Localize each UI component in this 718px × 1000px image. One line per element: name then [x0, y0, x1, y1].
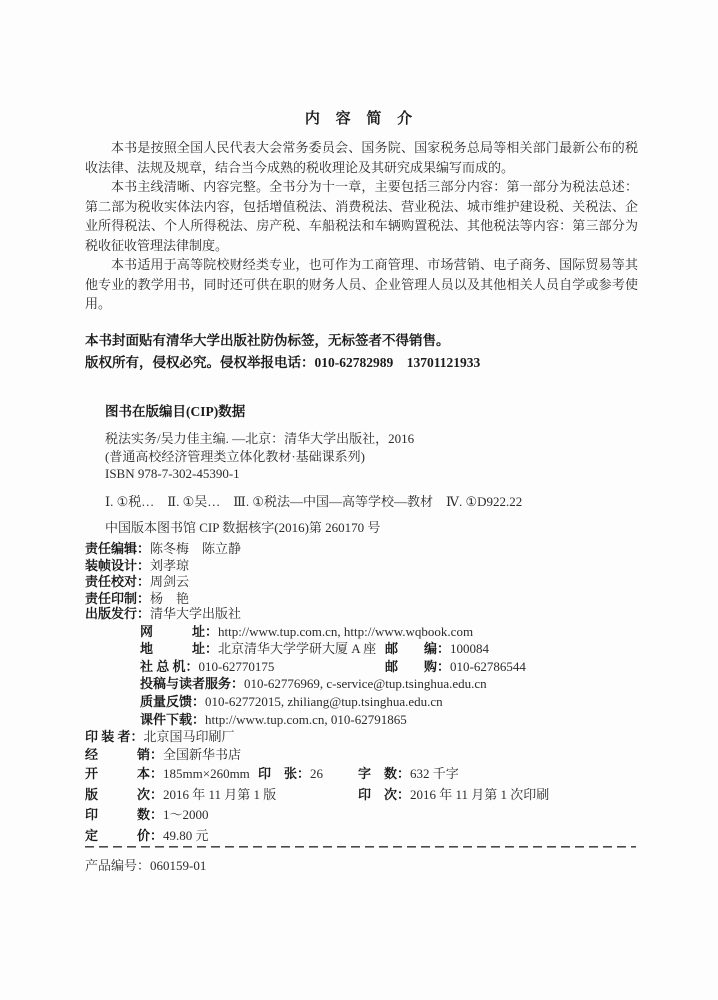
publisher-section: 出版发行：清华大学出版社 网 址：http://www.tup.com.cn, … [85, 605, 638, 763]
cip-classification-line: Ⅰ. ①税… Ⅱ. ①吴… Ⅲ. ①税法—中国—高等学校—教材 Ⅳ. ①D922… [105, 491, 638, 510]
intro-paragraph-1: 本书是按照全国人民代表大会常务委员会、国务院、国家税务总局等相关部门最新公布的税… [85, 138, 638, 177]
staff-section: 责任编辑：陈冬梅 陈立静 装帧设计：刘孝琼 责任校对：周剑云 责任印制：杨 艳 [85, 541, 638, 607]
staff-value: 周剑云 [150, 574, 189, 589]
product-number-row: 产品编号：060159-01 [85, 855, 638, 874]
staff-row-editor: 责任编辑：陈冬梅 陈立静 [85, 541, 638, 558]
intro-body: 本书是按照全国人民代表大会常务委员会、国务院、国家税务总局等相关部门最新公布的税… [85, 138, 638, 314]
price-value: 49.80 元 [163, 828, 209, 843]
cip-isbn-line: ISBN 978-7-302-45390-1 [105, 465, 638, 483]
product-number-value: 060159-01 [150, 858, 206, 873]
intro-title: 内 容 简 介 [85, 107, 638, 128]
staff-label: 责任编辑： [85, 541, 150, 556]
mail-order-group: 邮 购：010-62786544 [385, 658, 526, 676]
cip-title-line: 税法实务/吴力佳主编. —北京：清华大学出版社，2016 [105, 430, 638, 448]
website-row: 网 址：http://www.tup.com.cn, http://www.wq… [85, 623, 638, 641]
reader-service-label: 投稿与读者服务： [140, 676, 244, 691]
word-count-value: 632 千字 [410, 766, 459, 781]
mail-order-label: 邮 购： [385, 659, 450, 674]
print-run-value: 1～2000 [163, 807, 209, 822]
intro-paragraph-3: 本书适用于高等院校财经类专业，也可作为工商管理、市场营销、电子商务、国际贸易等其… [85, 255, 638, 314]
zip-label: 邮 编： [385, 641, 450, 656]
courseware-label: 课件下载： [140, 712, 205, 727]
reader-service-row: 投稿与读者服务：010-62776969, c-service@tup.tsin… [85, 675, 638, 693]
address-row: 地 址：北京清华大学学研大厦 A 座 邮 编：100084 [85, 640, 638, 658]
cip-block: 税法实务/吴力佳主编. —北京：清华大学出版社，2016 (普通高校经济管理类立… [105, 430, 638, 483]
mail-order-value: 010-62786544 [450, 659, 526, 674]
staff-label: 装帧设计： [85, 558, 150, 573]
impression-label: 印 次： [358, 787, 410, 802]
staff-value: 杨 艳 [150, 591, 189, 606]
word-count-label: 字 数： [358, 766, 410, 781]
product-number-section: 产品编号：060159-01 [85, 855, 638, 874]
publisher-label: 出版发行： [85, 606, 150, 621]
quality-feedback-value: 010-62772015, zhiliang@tup.tsinghua.edu.… [205, 694, 443, 709]
publisher-value: 清华大学出版社 [150, 606, 241, 621]
product-number-label: 产品编号： [85, 858, 150, 873]
impression-group: 印 次：2016 年 11 月第 1 次印刷 [358, 785, 549, 806]
printer-row: 印 装 者：北京国马印刷厂 [85, 728, 638, 746]
format-row: 开 本：185mm×260mm 印 张：26 字 数：632 千字 [85, 764, 638, 785]
format-value: 185mm×260mm [163, 766, 250, 781]
reader-service-value: 010-62776969, c-service@tup.tsinghua.edu… [244, 676, 487, 691]
switchboard-row: 社 总 机：010-62770175 邮 购：010-62786544 [85, 658, 638, 676]
format-label: 开 本： [85, 766, 163, 781]
book-copyright-page: 内 容 简 介 本书是按照全国人民代表大会常务委员会、国务院、国家税务总局等相关… [0, 0, 718, 1000]
zip-group: 邮 编：100084 [385, 640, 489, 658]
publisher-row: 出版发行：清华大学出版社 [85, 605, 638, 623]
sheets-value: 26 [310, 766, 323, 781]
edition-value: 2016 年 11 月第 1 版 [163, 787, 276, 802]
print-run-label: 印 数： [85, 807, 163, 822]
copyright-hotline-line: 版权所有，侵权必究。侵权举报电话：010-62782989 1370112193… [85, 352, 638, 374]
printer-label: 印 装 者： [85, 729, 144, 744]
edition-row: 版 次：2016 年 11 月第 1 版 印 次：2016 年 11 月第 1 … [85, 785, 638, 806]
anti-counterfeit-line: 本书封面贴有清华大学出版社防伪标签，无标签者不得销售。 [85, 330, 638, 352]
staff-value: 陈冬梅 陈立静 [150, 541, 241, 556]
edition-label: 版 次： [85, 787, 163, 802]
printing-section: 开 本：185mm×260mm 印 张：26 字 数：632 千字 版 次：20… [85, 764, 638, 846]
website-label: 网 址： [140, 624, 218, 639]
staff-label: 责任印制： [85, 591, 150, 606]
courseware-row: 课件下载：http://www.tup.com.cn, 010-62791865 [85, 711, 638, 729]
price-row: 定 价：49.80 元 [85, 826, 638, 847]
quality-feedback-row: 质量反馈：010-62772015, zhiliang@tup.tsinghua… [85, 693, 638, 711]
courseware-value: http://www.tup.com.cn, 010-62791865 [205, 712, 407, 727]
cip-series-line: (普通高校经济管理类立体化教材·基础课系列) [105, 448, 638, 466]
price-label: 定 价： [85, 828, 163, 843]
print-run-row: 印 数：1～2000 [85, 805, 638, 826]
switchboard-value: 010-62770175 [199, 659, 275, 674]
address-value: 北京清华大学学研大厦 A 座 [218, 641, 376, 656]
word-count-group: 字 数：632 千字 [358, 764, 459, 785]
distributor-row: 经 销：全国新华书店 [85, 746, 638, 764]
dashed-divider [85, 846, 636, 848]
staff-label: 责任校对： [85, 574, 150, 589]
switchboard-label: 社 总 机： [140, 659, 199, 674]
staff-row-designer: 装帧设计：刘孝琼 [85, 558, 638, 575]
intro-paragraph-2: 本书主线清晰、内容完整。全书分为十一章，主要包括三部分内容：第一部分为税法总述：… [85, 177, 638, 255]
sheets-group: 印 张：26 [258, 764, 323, 785]
sheets-label: 印 张： [258, 766, 310, 781]
cip-heading: 图书在版编目(CIP)数据 [105, 400, 638, 420]
staff-row-proofreader: 责任校对：周剑云 [85, 574, 638, 591]
impression-value: 2016 年 11 月第 1 次印刷 [410, 787, 549, 802]
staff-value: 刘孝琼 [150, 558, 189, 573]
zip-value: 100084 [450, 641, 489, 656]
address-label: 地 址： [140, 641, 218, 656]
cip-record-line: 中国版本图书馆 CIP 数据核字(2016)第 260170 号 [105, 517, 638, 536]
copyright-warning: 本书封面贴有清华大学出版社防伪标签，无标签者不得销售。 版权所有，侵权必究。侵权… [85, 330, 638, 374]
distributor-label: 经 销： [85, 747, 163, 762]
website-value: http://www.tup.com.cn, http://www.wqbook… [218, 624, 473, 639]
distributor-value: 全国新华书店 [163, 747, 241, 762]
cip-section: 图书在版编目(CIP)数据 税法实务/吴力佳主编. —北京：清华大学出版社，20… [105, 400, 638, 536]
printer-value: 北京国马印刷厂 [144, 729, 235, 744]
quality-feedback-label: 质量反馈： [140, 694, 205, 709]
